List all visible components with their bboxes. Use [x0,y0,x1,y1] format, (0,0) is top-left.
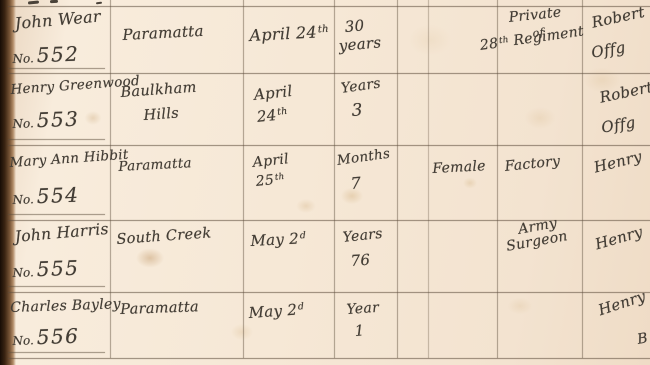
date-text: May 2 [250,229,299,250]
minister: Robert [590,3,646,32]
burial-date: 24th [256,105,289,126]
age-value: 76 [350,251,371,270]
number-value: 554 [36,183,79,208]
abode: Paramatta [120,299,199,318]
entry-name: Mary Ann Hibbit [9,147,129,171]
previous-entry-ink-remnant [28,0,39,4]
sex: Female [432,158,486,177]
register-row: Mary Ann Hibbit No.554 Paramatta April 2… [0,145,650,220]
age-value: 30 [344,16,365,36]
number-label: No. [12,192,34,207]
burial-date: May 2d [250,229,307,250]
date-ordinal-suffix: d [300,230,307,241]
number-value: 555 [36,256,79,281]
register-row: John Wear No.552 Paramatta April 24th 30… [0,6,650,73]
number-value: 552 [36,42,79,67]
burial-date: May 2d [248,300,305,322]
minister: Henry [592,147,644,176]
age-unit: Months [336,146,391,169]
register-row: Henry Greenwood No.553 Baulkham Hills Ap… [0,73,650,145]
age-unit: Years [340,75,382,96]
age-value: 7 [350,173,362,193]
date-text: April 24 [249,22,317,45]
age-value: 1 [354,321,365,340]
minister: Offg [600,113,637,137]
regiment-word: Regiment [508,23,585,49]
number-label: No. [12,116,34,131]
entry-name: John Harris [14,220,109,246]
entry-name: John Wear [14,6,102,32]
minister: Robert [598,78,650,107]
minister: Offg [590,38,627,62]
entry-number: No.554 [12,183,80,209]
age-value: 3 [351,100,363,121]
regiment-number: 28 [479,35,499,53]
entry-number: No.553 [12,107,80,133]
date-text: 24 [256,106,277,126]
age-unit: Years [342,226,383,246]
abode: Paramatta [118,155,192,175]
date-ordinal-suffix: th [318,24,330,36]
minister: B [636,330,649,348]
abode: Hills [143,106,180,124]
quality-or-profession: Private [508,4,562,25]
date-ordinal-suffix: th [277,106,288,118]
grid-hline [8,358,650,359]
burial-date: April [252,151,290,171]
burial-date: 25th [255,171,286,190]
previous-entry-ink-remnant [96,2,102,5]
entry-name: Charles Bayley [10,296,121,316]
previous-entry-ink-remnant [50,0,58,3]
date-text: May 2 [248,301,298,322]
burial-date: April 24th [249,22,329,45]
number-value: 553 [36,107,79,132]
abode: South Creek [116,225,212,248]
date-ordinal-suffix: d [298,301,305,312]
date-ordinal-suffix: th [274,172,285,183]
register-row: Charles Bayley No.556 Paramatta May 2d Y… [0,292,650,358]
burial-date: April [253,82,293,104]
number-label: No. [12,265,34,280]
abode: Paramatta [122,22,204,44]
register-row: John Harris No.555 South Creek May 2d Ye… [0,220,650,292]
date-text: 25 [255,172,275,190]
register-page: John Wear No.552 Paramatta April 24th 30… [0,0,650,365]
age-unit: years [338,33,382,55]
regiment-ordinal-suffix: th [498,35,509,46]
entry-number: No.556 [12,324,80,350]
minister: Henry [593,223,645,254]
entry-number: No.552 [12,42,80,68]
entry-number: No.555 [12,256,80,282]
number-label: No. [12,333,34,348]
quality-or-profession: Factory [504,153,561,175]
number-value: 556 [36,324,79,349]
number-label: No. [12,51,34,66]
age-unit: Year [346,300,380,318]
minister: Henry [596,287,648,319]
